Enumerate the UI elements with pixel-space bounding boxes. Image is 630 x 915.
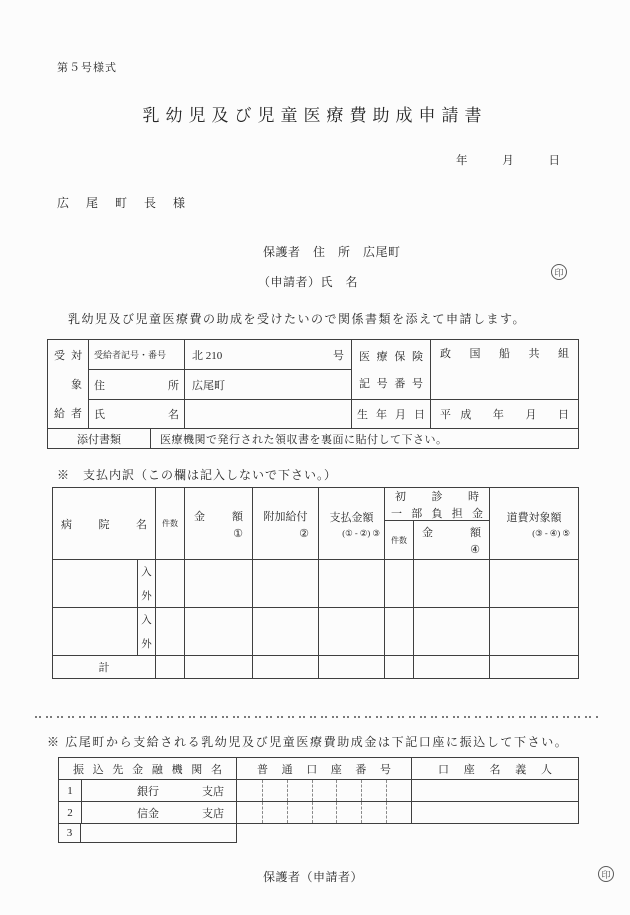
inpatient-label: 入	[141, 564, 152, 579]
header-holder-text: 口 座 名 義 人	[438, 761, 552, 777]
total-paid-cell	[318, 655, 384, 678]
header-account-number: 普 通 口 座 番 号	[236, 758, 411, 779]
header-paid-amount: 支払金額 (① - ②) ③	[318, 488, 384, 559]
digit-box	[361, 780, 386, 801]
recipient-number-cell: 北 210 号	[184, 340, 351, 369]
header-first-visit-line2: 一 部 負 担 金	[391, 505, 483, 521]
hospital-name-cell	[53, 559, 137, 607]
header-paid-text: 支払金額	[319, 509, 384, 525]
address-label-cell: 住 所	[88, 369, 184, 399]
header-first-visit-amount-number: ④	[414, 543, 489, 556]
insurance-label-line1: 医 療 保 険	[359, 348, 423, 364]
digit-box	[312, 802, 337, 823]
paid-cell	[318, 559, 384, 607]
bank-name: 銀行	[94, 783, 202, 799]
header-additional-number: ②	[253, 527, 318, 540]
header-first-visit-count: 件数	[384, 520, 413, 559]
outpatient-label: 外	[141, 588, 152, 603]
account-number-cell	[236, 801, 411, 823]
side-char: 受	[54, 347, 65, 363]
side-char: 対	[71, 347, 82, 363]
inpatient-outpatient-cell: 入 外	[137, 559, 155, 607]
header-paid-number: (① - ②) ③	[319, 528, 384, 539]
header-first-visit-copay: 初 診 時 一 部 負 担 金	[384, 488, 489, 520]
digit-box	[386, 780, 411, 801]
insurance-options: 政 国 船 共 組	[440, 345, 569, 361]
seal-stamp-icon: 印	[551, 264, 567, 280]
bank-transfer-row-3: 3	[58, 823, 237, 843]
applicant-name-line: （申請者）氏 名	[258, 273, 358, 290]
recipient-number-value: 北 210	[192, 347, 222, 363]
recipient-number-label: 受給者記号・番号	[88, 340, 184, 369]
header-road-text: 道費対象額	[490, 509, 578, 525]
digit-box	[312, 780, 337, 801]
count-cell	[155, 607, 184, 655]
side-row-3: 給 者	[48, 399, 88, 428]
form-number: 第５号様式	[57, 59, 117, 75]
attachment-label: 添付書類	[48, 429, 151, 448]
header-road-expense: 道費対象額 (③ - ④) ⑤	[489, 488, 578, 559]
additional-cell	[252, 607, 318, 655]
hospital-name-cell	[53, 607, 137, 655]
bank-name: 信金	[94, 805, 202, 821]
header-account-holder: 口 座 名 義 人	[411, 758, 578, 779]
count-cell	[155, 559, 184, 607]
dotted-divider	[35, 716, 598, 718]
row-number: 2	[59, 801, 81, 823]
road-expense-cell	[489, 607, 578, 655]
total-amount-cell	[184, 655, 252, 678]
digit-box	[386, 802, 411, 823]
guardian-address-line: 保護者 住 所 広尾町	[263, 243, 401, 260]
digit-box	[336, 780, 361, 801]
road-expense-cell	[489, 559, 578, 607]
total-additional-cell	[252, 655, 318, 678]
digit-box	[336, 802, 361, 823]
date-line: 年 月 日	[456, 152, 560, 168]
attachment-row: 添付書類 医療機関で発行された領収書を裏面に貼付して下さい。	[48, 428, 578, 448]
total-first-visit-count-cell	[384, 655, 413, 678]
header-count: 件数	[155, 488, 184, 559]
application-statement: 乳幼児及び児童医療費の助成を受けたいので関係書類を添えて申請します。	[68, 310, 526, 327]
first-visit-amount-cell	[413, 559, 489, 607]
row-number: 1	[59, 779, 81, 801]
inpatient-label: 入	[141, 612, 152, 627]
branch-name: 支店	[202, 805, 224, 821]
inpatient-outpatient-cell: 入 外	[137, 607, 155, 655]
header-first-visit-line1: 初 診 時	[391, 488, 483, 504]
header-bank-name: 振 込 先 金 融 機 関 名	[59, 758, 236, 779]
total-label: 計	[53, 655, 155, 678]
branch-name: 支店	[202, 783, 224, 799]
total-count-cell	[155, 655, 184, 678]
amount-cell	[184, 559, 252, 607]
application-form-page: 第５号様式 乳幼児及び児童医療費助成申請書 年 月 日 広尾町長様 保護者 住 …	[0, 0, 630, 915]
footer-guardian-label: 保護者（申請者）	[263, 868, 363, 885]
digit-box	[361, 802, 386, 823]
row-number: 3	[59, 823, 81, 842]
bank-transfer-note: ※ 広尾町から支給される乳幼児及び児童医療費助成金は下記口座に振込して下さい。	[47, 733, 568, 750]
insurance-label-line2: 記 号 番 号	[359, 375, 423, 391]
account-holder-cell	[411, 801, 578, 823]
form-title: 乳幼児及び児童医療費助成申請書	[0, 101, 630, 126]
side-char: 者	[71, 405, 82, 421]
header-hospital-name: 病 院 名	[53, 488, 155, 559]
recipient-number-suffix: 号	[333, 347, 344, 363]
header-first-visit-amount: 金 額 ④	[413, 520, 489, 559]
header-amount-text: 金 額	[185, 508, 252, 524]
digit-box	[262, 780, 287, 801]
bank-branch-cell: 銀行 支店	[81, 779, 236, 801]
seal-stamp-icon: 印	[598, 866, 614, 882]
birthdate-label: 生 年 月 日	[357, 406, 425, 422]
payment-breakdown-table: 病 院 名 件数 金 額 ① 附加給付 ② 支払金額 (① - ②) ③ 初 診…	[52, 487, 579, 679]
first-visit-count-cell	[384, 559, 413, 607]
amount-cell	[184, 607, 252, 655]
additional-cell	[252, 559, 318, 607]
side-row-2: 象	[48, 369, 88, 398]
addressee-mayor: 広尾町長様	[57, 194, 202, 211]
header-account-text: 普 通 口 座 番 号	[257, 761, 391, 777]
birthdate-label-cell: 生 年 月 日	[351, 399, 430, 428]
date-month-label: 月	[502, 152, 514, 168]
name-value	[184, 399, 351, 428]
name-label-cell: 氏 名	[88, 399, 184, 428]
side-char: 象	[71, 376, 82, 392]
address-label: 住 所	[94, 377, 179, 393]
birthdate-value-cell: 平成 年 月 日	[430, 399, 578, 428]
account-holder-cell	[411, 779, 578, 801]
paid-cell	[318, 607, 384, 655]
digit-box	[237, 780, 262, 801]
header-bank-text: 振 込 先 金 融 機 関 名	[73, 761, 222, 777]
header-amount: 金 額 ①	[184, 488, 252, 559]
attachment-instruction: 医療機関で発行された領収書を裏面に貼付して下さい。	[151, 429, 578, 448]
header-additional-benefit: 附加給付 ②	[252, 488, 318, 559]
header-first-visit-amount-text: 金 額	[414, 524, 489, 540]
payment-breakdown-note: ※ 支払内訳（この欄は記入しないで下さい。）	[57, 466, 337, 483]
insurance-options-cell: 政 国 船 共 組	[430, 340, 578, 399]
header-road-number: (③ - ④) ⑤	[490, 528, 578, 539]
recipient-info-table: 受 対 象 給 者 受給者記号・番号 北 210 号 医 療 保 険 記 号 番…	[47, 339, 579, 449]
digit-box	[237, 802, 262, 823]
date-year-label: 年	[456, 152, 468, 168]
birthdate-value: 平成 年 月 日	[440, 406, 569, 422]
bank-transfer-table: 振 込 先 金 融 機 関 名 普 通 口 座 番 号 口 座 名 義 人 1 …	[58, 757, 579, 824]
bank-branch-cell: 信金 支店	[81, 801, 236, 823]
address-value: 広尾町	[184, 369, 351, 399]
header-additional-text: 附加給付	[253, 508, 318, 524]
name-label: 氏 名	[94, 406, 179, 422]
recipient-side-label: 受 対 象 給 者	[48, 340, 88, 428]
account-number-cell	[236, 779, 411, 801]
first-visit-count-cell	[384, 607, 413, 655]
digit-box	[287, 780, 312, 801]
outpatient-label: 外	[141, 636, 152, 651]
digit-box	[262, 802, 287, 823]
side-char: 給	[54, 405, 65, 421]
header-amount-number: ①	[185, 527, 252, 540]
header-hospital-text: 病 院 名	[61, 516, 147, 532]
digit-box	[287, 802, 312, 823]
total-first-visit-amount-cell	[413, 655, 489, 678]
insurance-label: 医 療 保 険 記 号 番 号	[351, 340, 430, 399]
bank-branch-cell	[81, 823, 236, 842]
total-road-expense-cell	[489, 655, 578, 678]
first-visit-amount-cell	[413, 607, 489, 655]
date-day-label: 日	[549, 152, 561, 168]
side-row-1: 受 対	[48, 340, 88, 369]
